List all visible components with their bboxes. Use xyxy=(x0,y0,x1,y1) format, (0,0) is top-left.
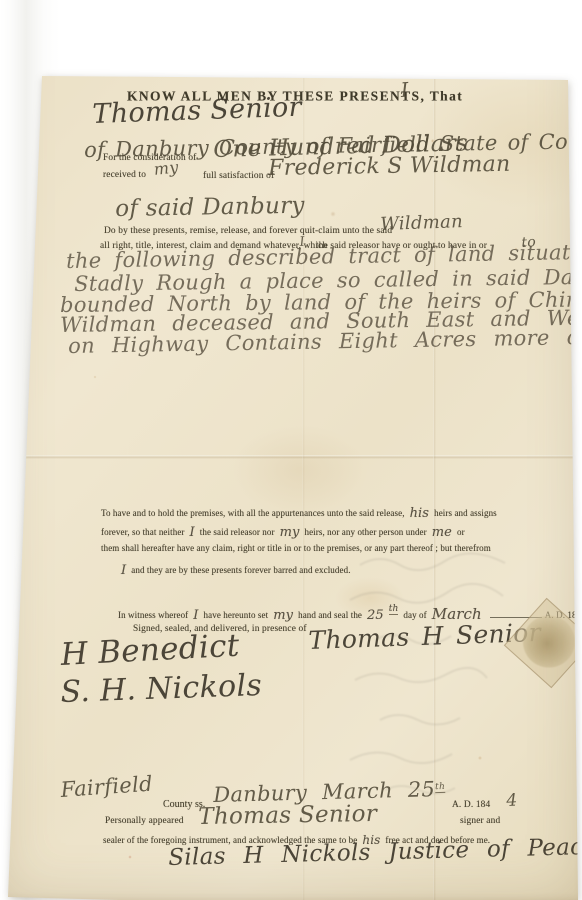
hw-i: I xyxy=(121,563,126,578)
hw-me: me xyxy=(432,525,452,540)
hw-i: I xyxy=(190,525,195,540)
printed-ad-label: A. D. 184 xyxy=(452,801,490,810)
hw-day-suffix: th xyxy=(389,604,399,615)
hw-day: 25 xyxy=(367,608,384,623)
printed-habendum-l2c: heirs, nor any other person under xyxy=(304,527,426,537)
printed-consideration-label: For the consideration of xyxy=(103,154,196,163)
hw-of-said-danbury: of said Danbury xyxy=(115,195,305,221)
printed-habendum-l2b: the said releasor nor xyxy=(200,527,275,537)
printed-appeared-label: Personally appeared xyxy=(105,817,184,826)
hw-my: my xyxy=(273,608,293,623)
hw-wildman: Wildman xyxy=(380,213,463,234)
printed-habendum-l2a: forever, so that neither xyxy=(101,527,185,537)
hw-grantor-name: Thomas Senior xyxy=(92,94,302,128)
hw-my: my xyxy=(153,159,179,178)
hw-his: his xyxy=(410,506,430,521)
printed-witness-t1: In witness whereof xyxy=(118,610,188,620)
hw-county: Fairfield xyxy=(60,774,153,801)
witness-signature-2: S. H. Nickols xyxy=(60,671,263,708)
scanned-deed-document: KNOW ALL MEN BY THESE PRESENTS, That I T… xyxy=(0,0,582,900)
hw-pronoun-i: I xyxy=(400,79,410,100)
hw-ack-year: 4 xyxy=(506,792,518,810)
hw-i: I xyxy=(193,608,198,623)
fold-crease-horizontal xyxy=(0,455,582,459)
printed-received-label: received to xyxy=(103,171,146,180)
printed-witness-t3: hand and seal the xyxy=(298,610,362,620)
printed-witness-t2: have hereunto set xyxy=(204,610,269,620)
printed-habendum-l2d: or xyxy=(457,527,465,537)
hw-date-suffix: th xyxy=(435,782,445,793)
printed-habendum-l1b: heirs and assigns xyxy=(434,508,497,518)
witness-signature-1: H Benedict xyxy=(60,631,240,671)
hw-appeared-name: Thomas Senior xyxy=(198,803,377,829)
hw-grantee-name: Frederick S Wildman xyxy=(268,154,511,180)
hw-my: my xyxy=(280,525,300,540)
printed-signer-label: signer and xyxy=(460,817,500,826)
printed-satisfaction-label: full satisfaction of xyxy=(203,172,274,181)
bleedthrough-ghost-writing xyxy=(320,545,555,800)
printed-witness-t4: day of xyxy=(403,610,426,620)
printed-habendum-l4: and they are by these presents forever b… xyxy=(131,565,350,575)
printed-habendum-l3: them shall hereafter have any claim, rig… xyxy=(101,544,491,553)
printed-release-line1: Do by these presents, remise, release, a… xyxy=(104,227,392,236)
paper-sheet: KNOW ALL MEN BY THESE PRESENTS, That I T… xyxy=(0,0,582,900)
printed-habendum-l1a: To have and to hold the premises, with a… xyxy=(101,508,405,518)
